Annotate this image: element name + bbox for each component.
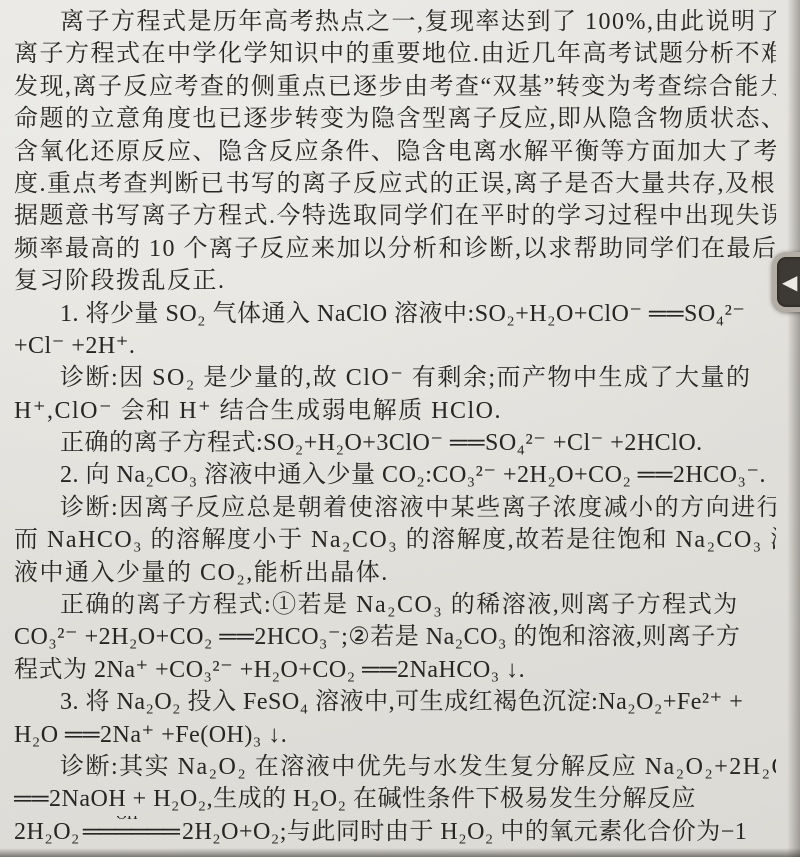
text-line-correct-equation-2: 正确的离子方程式:①若是 Na₂CO₃ 的稀溶液,则离子方程式为 — [14, 589, 776, 621]
text-line: 离子方程式是历年高考热点之一,复现率达到了 100%,由此说明了 — [14, 6, 776, 38]
text-line-diagnosis-2-cont: 而 NaHCO₃ 的溶解度小于 Na₂CO₃ 的溶解度,故若是往饱和 Na₂CO… — [14, 524, 776, 556]
page-nav-button[interactable]: ◀ — [772, 252, 800, 312]
text-line-correct-equation-1: 正确的离子方程式:SO₂+H₂O+3ClO⁻ ══SO₄²⁻ +Cl⁻ +2HC… — [14, 427, 776, 459]
text-line-equation-1-cont: +Cl⁻ +2H⁺. — [14, 330, 776, 362]
left-triangle-icon: ◀ — [782, 272, 797, 292]
text-line: 频率最高的 10 个离子反应来加以分析和诊断,以求帮助同学们在最后的 — [14, 233, 776, 265]
text-line-equation-1: 1. 将少量 SO₂ 气体通入 NaClO 溶液中:SO₂+H₂O+ClO⁻ ═… — [14, 298, 776, 330]
text-line: 命题的立意角度也已逐步转变为隐含型离子反应,即从隐含物质状态、隐 — [14, 103, 776, 135]
text-line-diagnosis-2-cont: 液中通入少量的 CO₂,能析出晶体. — [14, 557, 776, 589]
text-line: 复习阶段拨乱反正. — [14, 265, 776, 297]
text-line: 离子方程式在中学化学知识中的重要地位.由近几年高考试题分析不难 — [14, 38, 776, 70]
text-line-correct-equation-2-cont: CO₃²⁻ +2H₂O+CO₂ ══2HCO₃⁻;②若是 Na₂CO₃ 的饱和溶… — [14, 621, 776, 653]
text-line-equation-2: 2. 向 Na₂CO₃ 溶液中通入少量 CO₂:CO₃²⁻ +2H₂O+CO₂ … — [14, 459, 776, 491]
text-line: 据题意书写离子方程式.今特选取同学们在平时的学习过程中出现失误 — [14, 200, 776, 232]
text-line-equation-3-cont: H₂O ══2Na⁺ +Fe(OH)₃ ↓. — [14, 719, 776, 751]
page-gutter-shadow — [787, 0, 800, 857]
text-line-diagnosis-2: 诊断:因离子反应总是朝着使溶液中某些离子浓度减小的方向进行, — [14, 492, 776, 524]
catalyst-label: OH⁻ — [116, 816, 146, 831]
text-line-diagnosis-3-cont: ══2NaOH + H₂O₂,生成的 H₂O₂ 在碱性条件下极易发生分解反应 — [14, 783, 776, 815]
text-line: 含氧化还原反应、隐含反应条件、隐含电离水解平衡等方面加大了考查力 — [14, 136, 776, 168]
text-line: 发现,离子反应考查的侧重点已逐步由考查“双基”转变为考查综合能力, — [14, 71, 776, 103]
catalyst-equals-sign: OH⁻══════ — [83, 816, 179, 848]
text-line-diagnosis-3: 诊断:其实 Na₂O₂ 在溶液中优先与水发生复分解反应 Na₂O₂+2H₂O — [14, 751, 776, 783]
text-line: 度.重点考查判断已书写的离子反应式的正误,离子是否大量共存,及根 — [14, 168, 776, 200]
text-line-catalyst-equation: 2H₂O₂OH⁻══════2H₂O+O₂;与此同时由于 H₂O₂ 中的氧元素化… — [14, 816, 776, 848]
text-line-diagnosis-1-cont: H⁺,ClO⁻ 会和 H⁺ 结合生成弱电解质 HClO. — [14, 395, 776, 427]
page-text: 离子方程式是历年高考热点之一,复现率达到了 100%,由此说明了 离子方程式在中… — [14, 6, 776, 848]
text-line-correct-equation-2-cont: 程式为 2Na⁺ +CO₃²⁻ +H₂O+CO₂ ══2NaHCO₃ ↓. — [14, 654, 776, 686]
page-bottom-shadow — [0, 848, 800, 857]
equation-reactant: 2H₂O₂ — [14, 819, 80, 845]
text-line-equation-3: 3. 将 Na₂O₂ 投入 FeSO₄ 溶液中,可生成红褐色沉淀:Na₂O₂+F… — [14, 686, 776, 718]
equation-product: 2H₂O+O₂;与此同时由于 H₂O₂ 中的氧元素化合价为−1 — [182, 819, 747, 845]
text-line-diagnosis-1: 诊断:因 SO₂ 是少量的,故 ClO⁻ 有剩余;而产物中生成了大量的 — [14, 362, 776, 394]
scanned-page: 离子方程式是历年高考热点之一,复现率达到了 100%,由此说明了 离子方程式在中… — [0, 0, 800, 857]
